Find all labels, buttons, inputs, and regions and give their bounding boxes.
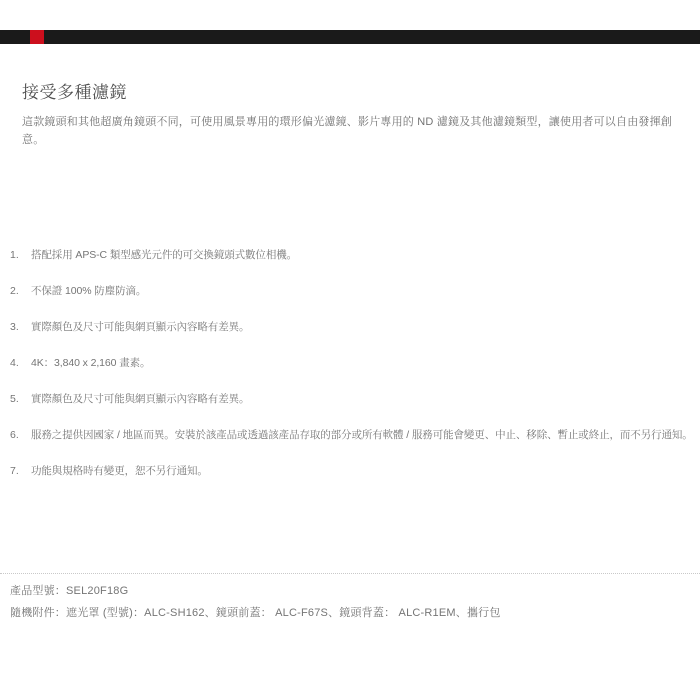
dotted-divider — [0, 573, 700, 574]
footnote-number: 7. — [10, 465, 31, 478]
footnote-text: 不保證 100% 防塵防滴。 — [31, 285, 146, 297]
top-navigation-strip — [0, 30, 700, 44]
red-accent-block — [30, 30, 44, 44]
footnote-number: 3. — [10, 321, 31, 334]
footnote-item-3: 3.實際顏色及尺寸可能與網頁顯示內容略有差異。 — [10, 321, 700, 334]
footnote-text: 服務之提供因國家 / 地區而異。安裝於該產品或透過該產品存取的部分或所有軟體 /… — [31, 429, 693, 441]
section-title: 接受多種濾鏡 — [22, 82, 127, 104]
footnote-number: 2. — [10, 285, 31, 298]
footnote-item-5: 5.實際顏色及尺寸可能與網頁顯示內容略有差異。 — [10, 393, 700, 406]
footnote-text: 實際顏色及尺寸可能與網頁顯示內容略有差異。 — [31, 321, 249, 333]
footnote-item-2: 2.不保證 100% 防塵防滴。 — [10, 285, 700, 298]
section-description: 這款鏡頭和其他超廣角鏡頭不同，可使用風景專用的環形偏光濾鏡、影片專用的 ND 濾… — [22, 113, 674, 149]
footnote-text: 實際顏色及尺寸可能與網頁顯示內容略有差異。 — [31, 393, 249, 405]
product-model-label: 產品型號： — [10, 585, 66, 597]
footnote-number: 4. — [10, 357, 31, 370]
footnote-number: 1. — [10, 249, 31, 262]
footnote-text: 功能與規格時有變更，恕不另行通知。 — [31, 465, 208, 477]
footnote-item-6: 6.服務之提供因國家 / 地區而異。安裝於該產品或透過該產品存取的部分或所有軟體… — [10, 429, 700, 442]
footnote-text: 搭配採用 APS-C 類型感光元件的可交換鏡頭式數位相機。 — [31, 249, 297, 261]
accessories-line: 隨機附件：遮光罩 (型號)：ALC-SH162、鏡頭前蓋： ALC-F67S、鏡… — [10, 606, 695, 621]
footnote-item-4: 4.4K：3,840 x 2,160 畫素。 — [10, 357, 700, 370]
accessories-label: 隨機附件： — [10, 607, 66, 619]
product-info-block: 產品型號：SEL20F18G 隨機附件：遮光罩 (型號)：ALC-SH162、鏡… — [10, 584, 695, 628]
product-model-value: SEL20F18G — [66, 585, 128, 597]
footnote-item-1: 1.搭配採用 APS-C 類型感光元件的可交換鏡頭式數位相機。 — [10, 249, 700, 262]
footnote-number: 5. — [10, 393, 31, 406]
footnote-number: 6. — [10, 429, 31, 442]
footnote-item-7: 7.功能與規格時有變更，恕不另行通知。 — [10, 465, 700, 478]
product-page-section: 接受多種濾鏡 這款鏡頭和其他超廣角鏡頭不同，可使用風景專用的環形偏光濾鏡、影片專… — [0, 0, 700, 700]
footnotes-list: 1.搭配採用 APS-C 類型感光元件的可交換鏡頭式數位相機。 2.不保證 10… — [10, 249, 700, 501]
accessories-value: 遮光罩 (型號)：ALC-SH162、鏡頭前蓋： ALC-F67S、鏡頭背蓋： … — [66, 607, 501, 619]
footnote-text: 4K：3,840 x 2,160 畫素。 — [31, 357, 150, 369]
product-model-line: 產品型號：SEL20F18G — [10, 584, 695, 599]
